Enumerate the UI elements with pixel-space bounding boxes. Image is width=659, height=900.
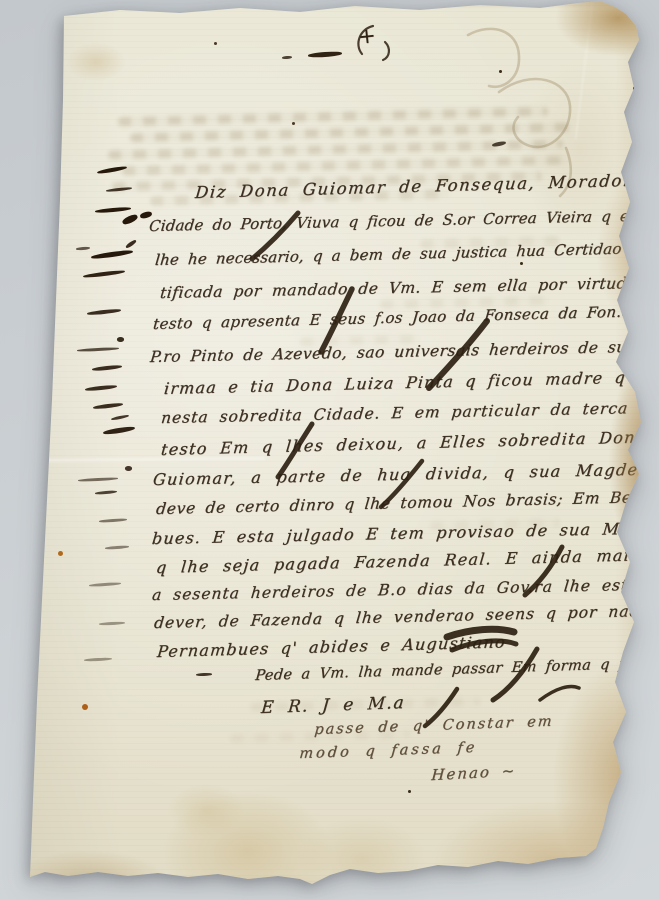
ghost-text-line <box>108 139 563 159</box>
petition-closing-line: E R. J e M.a <box>260 693 406 718</box>
ink-speck <box>499 70 502 73</box>
ink-flourish-strokes <box>0 0 659 900</box>
manuscript-line: tificada por mandado de Vm. E sem ella p… <box>159 273 659 302</box>
margin-ink-mark <box>97 165 127 174</box>
margin-ink-mark <box>92 364 122 371</box>
margin-ink-mark <box>93 402 123 410</box>
margin-ink-mark <box>78 477 118 482</box>
ghost-text-line <box>112 172 542 192</box>
despacho-line: modo q fassa fe <box>299 740 478 762</box>
margin-ink-mark <box>106 187 132 193</box>
ghost-text-line <box>150 189 450 205</box>
margin-ink-mark <box>139 211 152 220</box>
margin-ink-mark <box>85 384 117 391</box>
manuscript-line: dever, de Fazenda q lhe venderao seens q… <box>153 601 659 632</box>
manuscript-line: testo q apresenta E seus f.os Joao da Fo… <box>152 302 659 333</box>
manuscript-text-block: Diz Dona Guiomar de Fonsequa, Moradora E… <box>0 0 659 900</box>
ghost-text-line <box>420 236 560 248</box>
manuscript-line: q lhe seja pagada Fazenda Real. E ainda … <box>155 544 659 577</box>
manuscript-line: Guiomar, a parte de hua divida, q sua Ma… <box>152 459 659 489</box>
petition-closing-line: Pede a Vm. lha mande passar Em forma q f… <box>255 655 659 684</box>
margin-ink-mark <box>87 308 121 316</box>
ink-speck <box>408 790 411 793</box>
margin-ink-mark <box>121 213 138 226</box>
ink-marks-layer <box>0 0 659 900</box>
manuscript-line: Diz Dona Guiomar de Fonsequa, Moradora E… <box>194 168 659 202</box>
margin-ink-mark <box>76 246 90 250</box>
manuscript-line: Pernambues q' abides e Augustiano <box>156 632 507 661</box>
manuscript-line: P.ro Pinto de Azevedo, sao universais he… <box>149 338 637 366</box>
margin-ink-mark <box>103 426 135 436</box>
bleedthrough-text-block <box>0 0 659 900</box>
margin-ink-mark <box>105 545 129 550</box>
manuscript-line: testo Em q lhes deixou, a Elles sobredit… <box>160 427 647 459</box>
margin-ink-mark <box>89 582 121 587</box>
manuscript-line: lhe he necessario, q a bem de sua justic… <box>154 239 654 269</box>
ghost-text-line <box>430 518 560 530</box>
ghost-text-line <box>118 107 548 127</box>
margin-ink-mark <box>492 141 507 148</box>
paper-stains <box>0 0 659 900</box>
despacho-line: passe de q' Constar em <box>314 714 555 738</box>
manuscript-line: irmaa e tia Dona Luiza Pinta q ficou mad… <box>163 367 659 398</box>
manuscript-line: nesta sobredita Cidade. E em particular … <box>160 399 659 428</box>
ink-speck <box>214 42 217 45</box>
ghost-text-line <box>122 156 567 176</box>
ghost-text-line <box>130 123 570 143</box>
ink-speck <box>633 86 638 91</box>
margin-ink-mark <box>91 249 133 260</box>
ghost-text-line <box>300 335 420 347</box>
margin-ink-mark <box>99 518 127 523</box>
manuscript-line: Cidade do Porto, Viuva q ficou de S.or C… <box>148 206 653 235</box>
deckled-edge-tint <box>0 0 659 900</box>
margin-ink-mark <box>308 51 342 58</box>
margin-ink-mark <box>95 206 131 213</box>
margin-ink-mark <box>117 337 124 342</box>
margin-ink-mark <box>83 269 125 278</box>
margin-ink-mark <box>84 657 112 661</box>
margin-ink-mark <box>196 673 212 677</box>
bleedthrough-flourish <box>0 0 659 900</box>
invocation-cross-icon: + <box>357 23 377 49</box>
margin-ink-mark <box>111 414 129 421</box>
crease-line <box>575 2 594 139</box>
ghost-text-line <box>230 730 410 743</box>
invocation-cross: + <box>340 18 404 70</box>
ghost-text-line <box>250 697 480 712</box>
margin-ink-mark <box>95 490 117 495</box>
manuscript-paper: + D <box>0 0 659 900</box>
ink-speck <box>292 122 295 125</box>
margin-ink-mark <box>77 347 119 352</box>
paper-shadow: + D <box>0 0 659 900</box>
signature-flourish: Henao ~ <box>431 762 517 785</box>
ink-speck <box>82 704 88 710</box>
ink-speck <box>520 262 523 265</box>
manuscript-line: bues. E esta julgado E tem provisao de s… <box>151 518 659 548</box>
manuscript-line: deve de certo dinro q lhe tomou Nos bras… <box>155 487 659 518</box>
photo-background: + D <box>0 0 659 900</box>
margin-ink-mark <box>99 621 125 625</box>
margin-ink-mark <box>125 466 132 471</box>
margin-ink-mark <box>282 56 292 60</box>
ink-speck <box>58 551 63 556</box>
manuscript-line: a sesenta herdeiros de B.o dias da Gov.r… <box>151 575 659 604</box>
ghost-text-line <box>380 296 550 309</box>
crease-line <box>30 457 265 462</box>
margin-ink-mark <box>125 239 137 249</box>
